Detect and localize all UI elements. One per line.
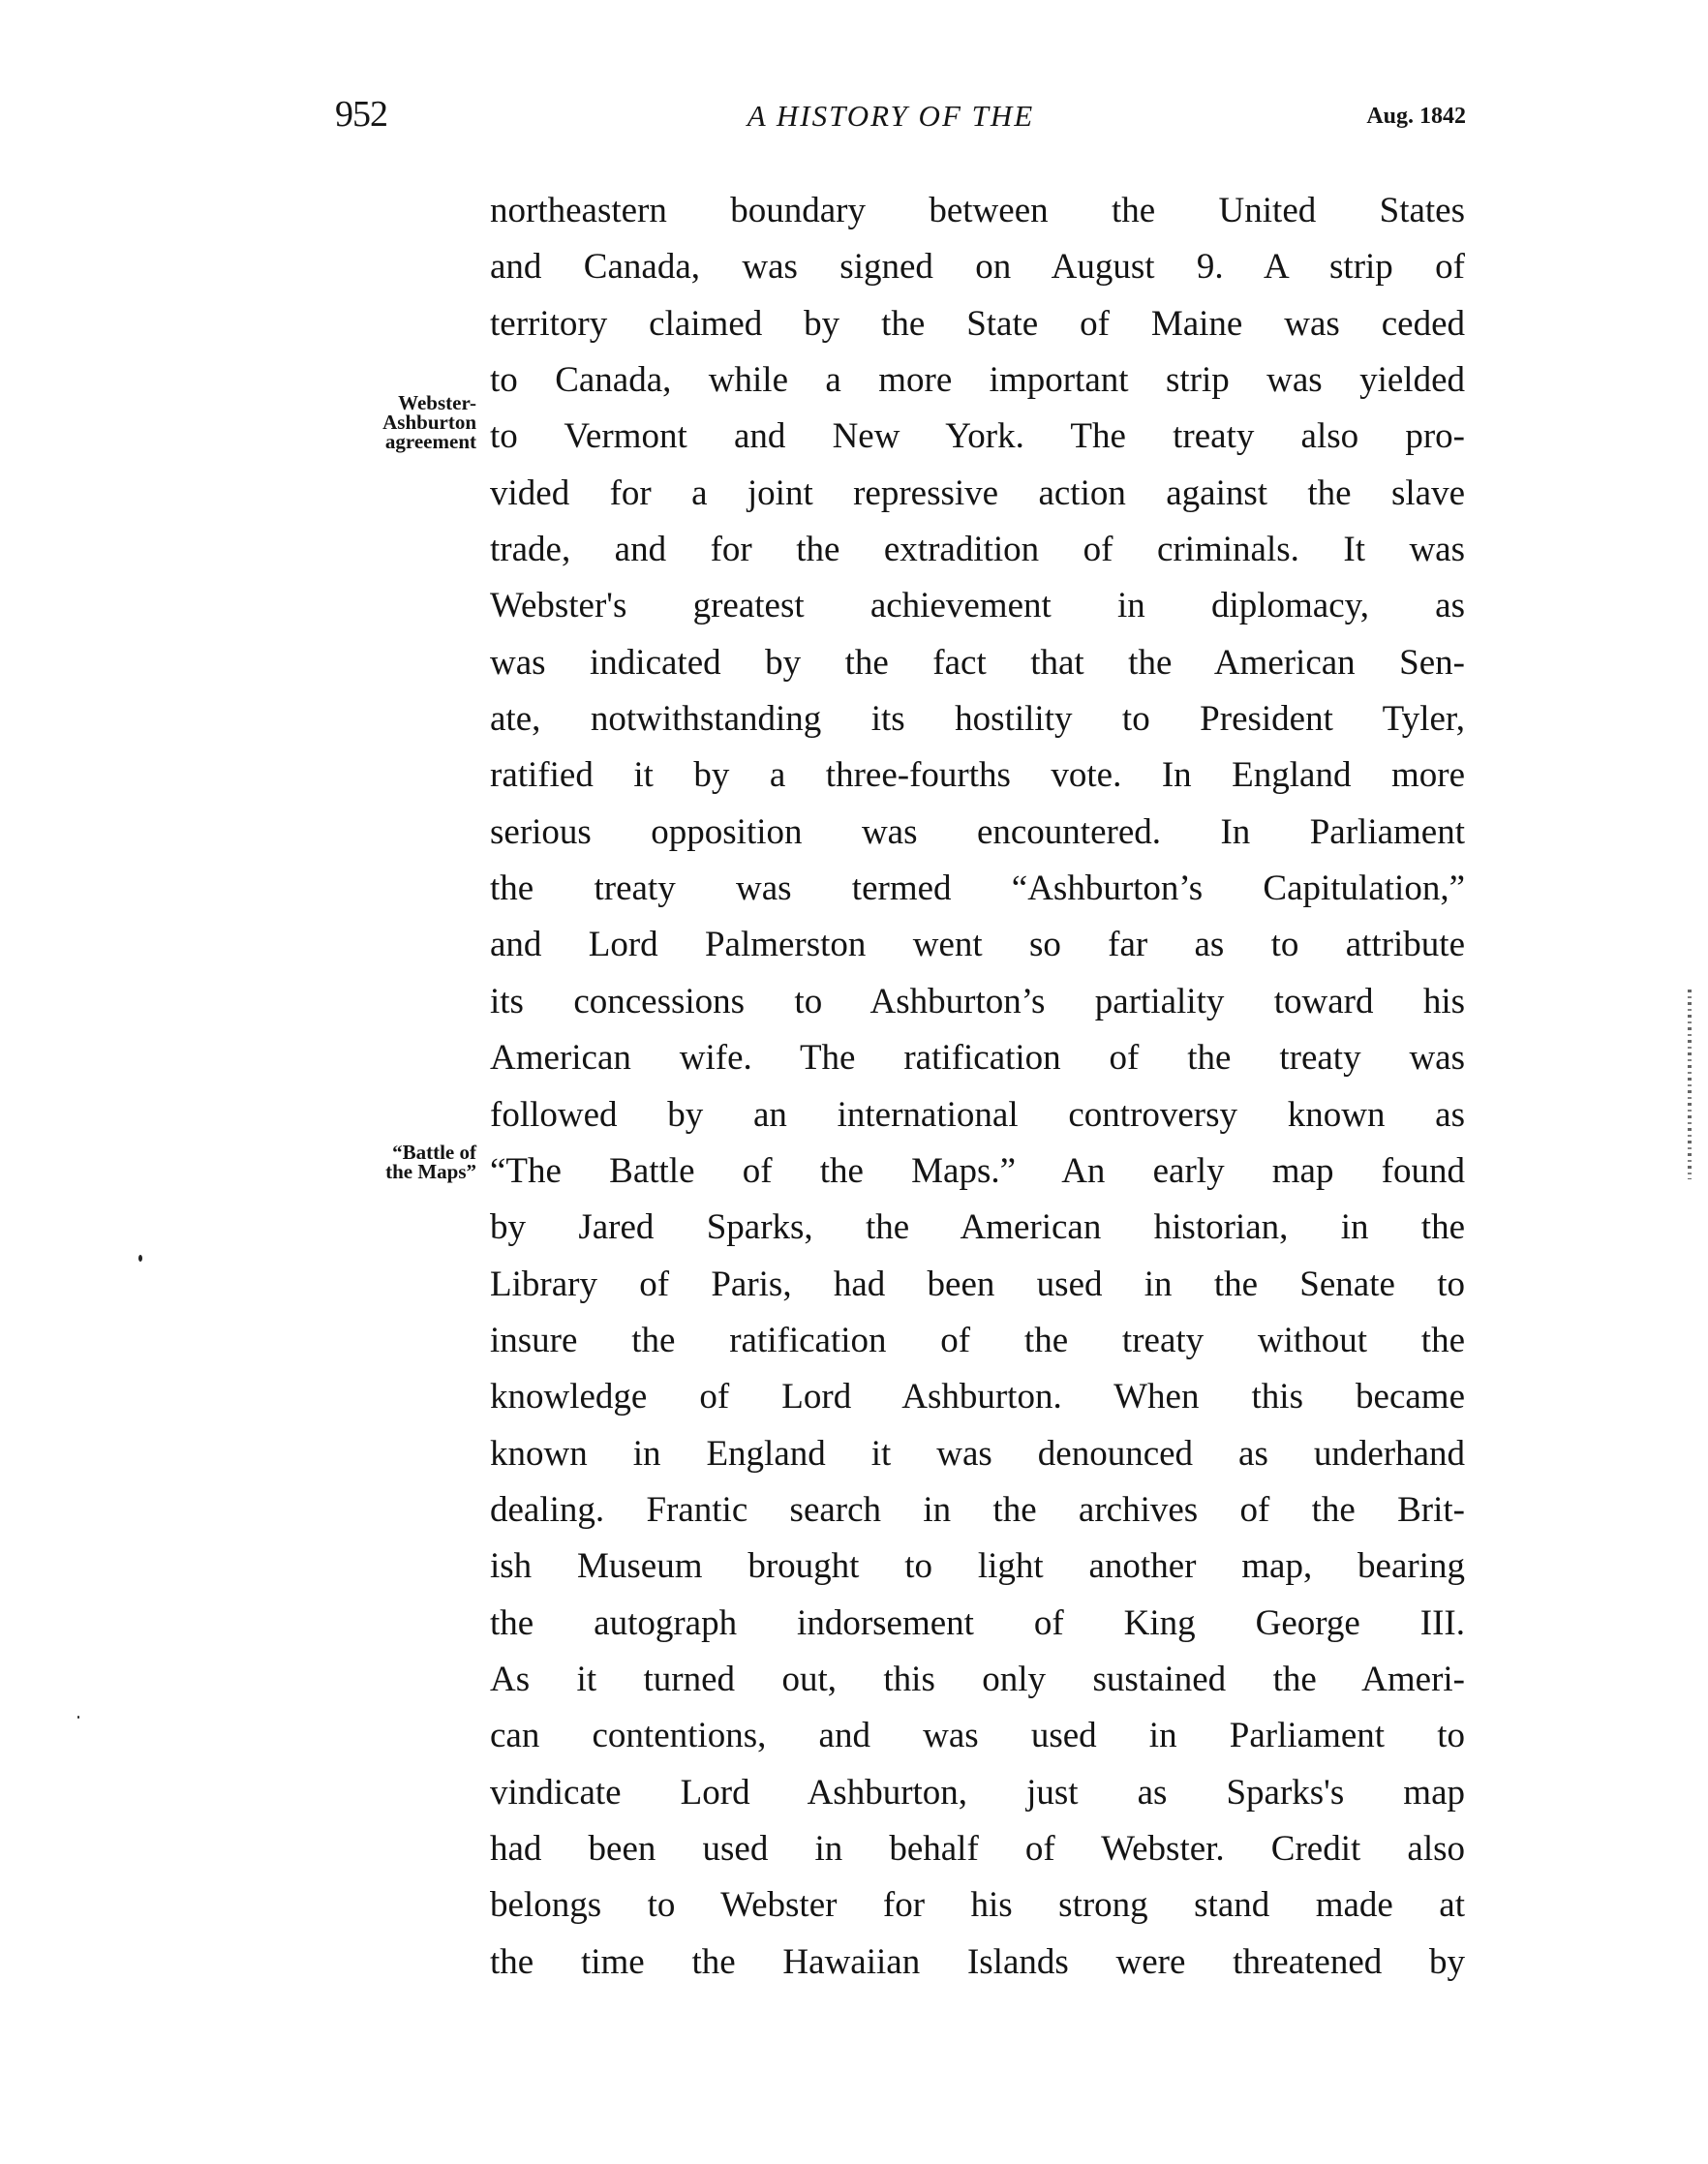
text-line: “The Battle of the Maps.” An early map f…: [490, 1143, 1465, 1200]
body-text: northeastern boundary between the United…: [490, 183, 1465, 1991]
scan-speck: [77, 1716, 79, 1719]
text-line: vided for a joint repressive action agai…: [490, 466, 1465, 522]
sidenote-line: the Maps”: [320, 1162, 476, 1181]
text-line: ratified it by a three-fourths vote. In …: [490, 747, 1465, 804]
text-line: followed by an international controversy…: [490, 1087, 1465, 1143]
text-line: belongs to Webster for his strong stand …: [490, 1877, 1465, 1934]
sidenote-line: Ashburton: [320, 412, 476, 432]
book-page: 952 A HISTORY OF THE Aug. 1842 Webster- …: [0, 0, 1708, 2164]
text-line: knowledge of Lord Ashburton. When this b…: [490, 1369, 1465, 1425]
text-line: serious opposition was encountered. In P…: [490, 805, 1465, 861]
text-line: was indicated by the fact that the Ameri…: [490, 635, 1465, 691]
text-line: dealing. Frantic search in the archives …: [490, 1482, 1465, 1539]
text-line: Webster's greatest achievement in diplom…: [490, 578, 1465, 634]
text-line: the time the Hawaiian Islands were threa…: [490, 1935, 1465, 1991]
scan-speck: [138, 1255, 142, 1262]
text-line: its concessions to Ashburton’s partialit…: [490, 974, 1465, 1030]
text-line: can contentions, and was used in Parliam…: [490, 1708, 1465, 1764]
text-line: and Lord Palmerston went so far as to at…: [490, 917, 1465, 973]
text-line: known in England it was denounced as und…: [490, 1426, 1465, 1482]
text-line: by Jared Sparks, the American historian,…: [490, 1200, 1465, 1256]
text-line: ish Museum brought to light another map,…: [490, 1539, 1465, 1595]
text-line: ate, notwithstanding its hostility to Pr…: [490, 691, 1465, 747]
text-line: trade, and for the extradition of crimin…: [490, 522, 1465, 578]
text-line: to Vermont and New York. The treaty also…: [490, 409, 1465, 465]
sidenote-webster-ashburton: Webster- Ashburton agreement: [320, 393, 476, 451]
page-number: 952: [335, 93, 387, 136]
scan-edge-artifact: [1688, 990, 1692, 1179]
text-line: American wife. The ratification of the t…: [490, 1030, 1465, 1086]
text-line: and Canada, was signed on August 9. A st…: [490, 239, 1465, 295]
text-line: northeastern boundary between the United…: [490, 183, 1465, 239]
text-line: to Canada, while a more important strip …: [490, 352, 1465, 409]
text-line: had been used in behalf of Webster. Cred…: [490, 1821, 1465, 1877]
sidenote-line: “Battle of: [320, 1143, 476, 1162]
running-date: Aug. 1842: [1336, 93, 1466, 136]
text-line: Library of Paris, had been used in the S…: [490, 1257, 1465, 1313]
text-line: vindicate Lord Ashburton, just as Sparks…: [490, 1765, 1465, 1821]
text-line: the treaty was termed “Ashburton’s Capit…: [490, 861, 1465, 917]
sidenote-battle-of-the-maps: “Battle of the Maps”: [320, 1143, 476, 1181]
text-line: territory claimed by the State of Maine …: [490, 296, 1465, 352]
text-line: As it turned out, this only sustained th…: [490, 1652, 1465, 1708]
sidenote-line: agreement: [320, 432, 476, 451]
sidenote-line: Webster-: [320, 393, 476, 412]
running-title: A HISTORY OF THE: [678, 93, 1104, 136]
text-line: the autograph indorsement of King George…: [490, 1596, 1465, 1652]
text-line: insure the ratification of the treaty wi…: [490, 1313, 1465, 1369]
